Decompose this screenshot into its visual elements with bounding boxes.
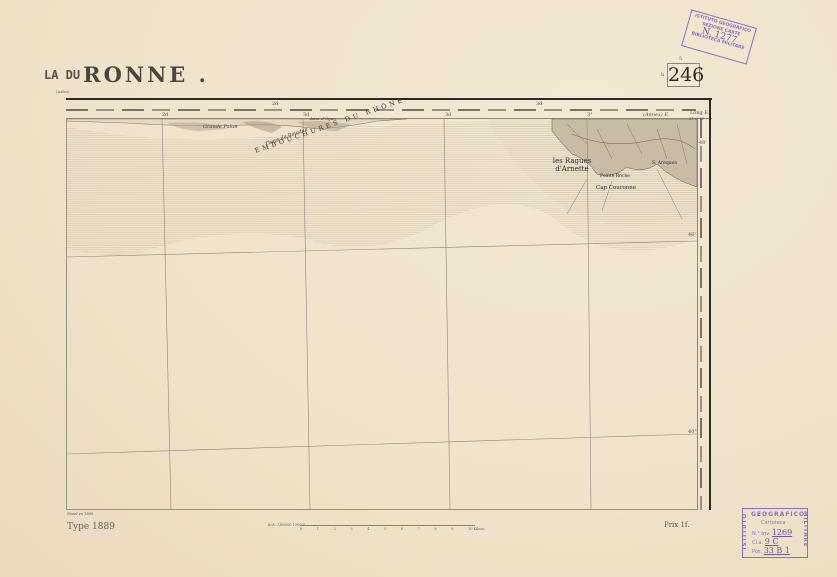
- stamp-bottom-header: GEOGRAFICO: [751, 511, 805, 518]
- tick-top-6: 3°: [587, 112, 593, 118]
- label-grande-palun: Grande Palun: [203, 124, 238, 130]
- title-subtitle: (Arles): [56, 89, 70, 94]
- label-arequen: S. Arequen: [652, 161, 677, 166]
- tick-top-5: 3d: [536, 101, 542, 107]
- stamp-pos-value: 33 B 1: [764, 546, 790, 555]
- scale-tick: 1: [317, 527, 319, 531]
- tick-top-1: 2d: [162, 112, 168, 118]
- map-title: LA DURONNE .: [44, 62, 209, 87]
- frame-left-rule: [66, 118, 67, 510]
- tick-right-1: 48': [699, 140, 707, 146]
- stamp-bottom-cla: Cl.a. 9 C: [752, 537, 778, 546]
- engraved-note: Gravé en 1889: [67, 512, 93, 516]
- scale-bar: [300, 525, 475, 526]
- scale-tick: 6: [401, 527, 403, 531]
- label-cap-couronne: Cap Couronne: [596, 185, 636, 191]
- tick-top-2: 2d: [272, 101, 278, 107]
- title-prefix: LA DU: [44, 68, 80, 82]
- stamp-bottom-cartoteca: Cartoteca: [761, 520, 785, 526]
- sheet-number-left-mark: h: [661, 72, 664, 78]
- tick-right-3: 40°: [688, 429, 697, 435]
- type-label: Type 1889: [67, 522, 115, 532]
- scale-tick: 4: [367, 527, 369, 531]
- label-ragues: les Ragues d'Arnette: [551, 157, 593, 173]
- frame-bottom-rule: [66, 509, 698, 510]
- stamp-bottom-side-right: MILITARE: [802, 511, 808, 548]
- scale-tick: 9: [451, 527, 453, 531]
- label-ragues-text: les Ragues d'Arnette: [551, 157, 593, 173]
- stamp-bottom-inv: N.° Inv. 1269: [752, 528, 792, 537]
- title-text: RONNE .: [83, 62, 209, 87]
- library-stamp-bottom: ISTITUTO GEOGRAFICO MILITARE Cartoteca N…: [742, 508, 808, 558]
- scale-ticks: 0 1 2 3 4 5 6 7 8 9 10 Kilom.: [300, 527, 485, 531]
- sheet-number-top-mark: 5: [679, 56, 682, 62]
- stamp-pos-label: Pos.: [752, 549, 762, 555]
- frame-right-rule: [709, 98, 711, 510]
- frame-inner-right: [697, 118, 698, 510]
- stamp-bottom-pos: Pos. 33 B 1: [752, 546, 790, 555]
- scale-tick: 10 Kilom.: [468, 527, 485, 531]
- scale-tick: 5: [384, 527, 386, 531]
- scale-tick: 3: [350, 527, 352, 531]
- sheet-number: 246: [667, 63, 700, 87]
- long-value: 3° 0' W: [689, 116, 704, 121]
- price-label: Prix 1f.: [664, 521, 690, 529]
- frame-right-scale-band: [700, 118, 702, 510]
- tick-right-2: 46': [688, 232, 696, 238]
- scale-tick: 0: [300, 527, 302, 531]
- stamp-cla-value: 9 C: [765, 537, 779, 546]
- corner-label: (Annex) E.: [643, 112, 670, 118]
- stamp-bottom-side-left: ISTITUTO: [742, 513, 748, 549]
- stamp-inv-value: 1269: [772, 528, 792, 537]
- tick-top-4: 3d: [445, 112, 451, 118]
- scale-tick: 7: [418, 527, 420, 531]
- scale-tick: 8: [434, 527, 436, 531]
- scale-tick: 2: [334, 527, 336, 531]
- label-pointe-roche: Pointe Roche: [600, 174, 630, 179]
- tick-top-3: 3d: [303, 112, 309, 118]
